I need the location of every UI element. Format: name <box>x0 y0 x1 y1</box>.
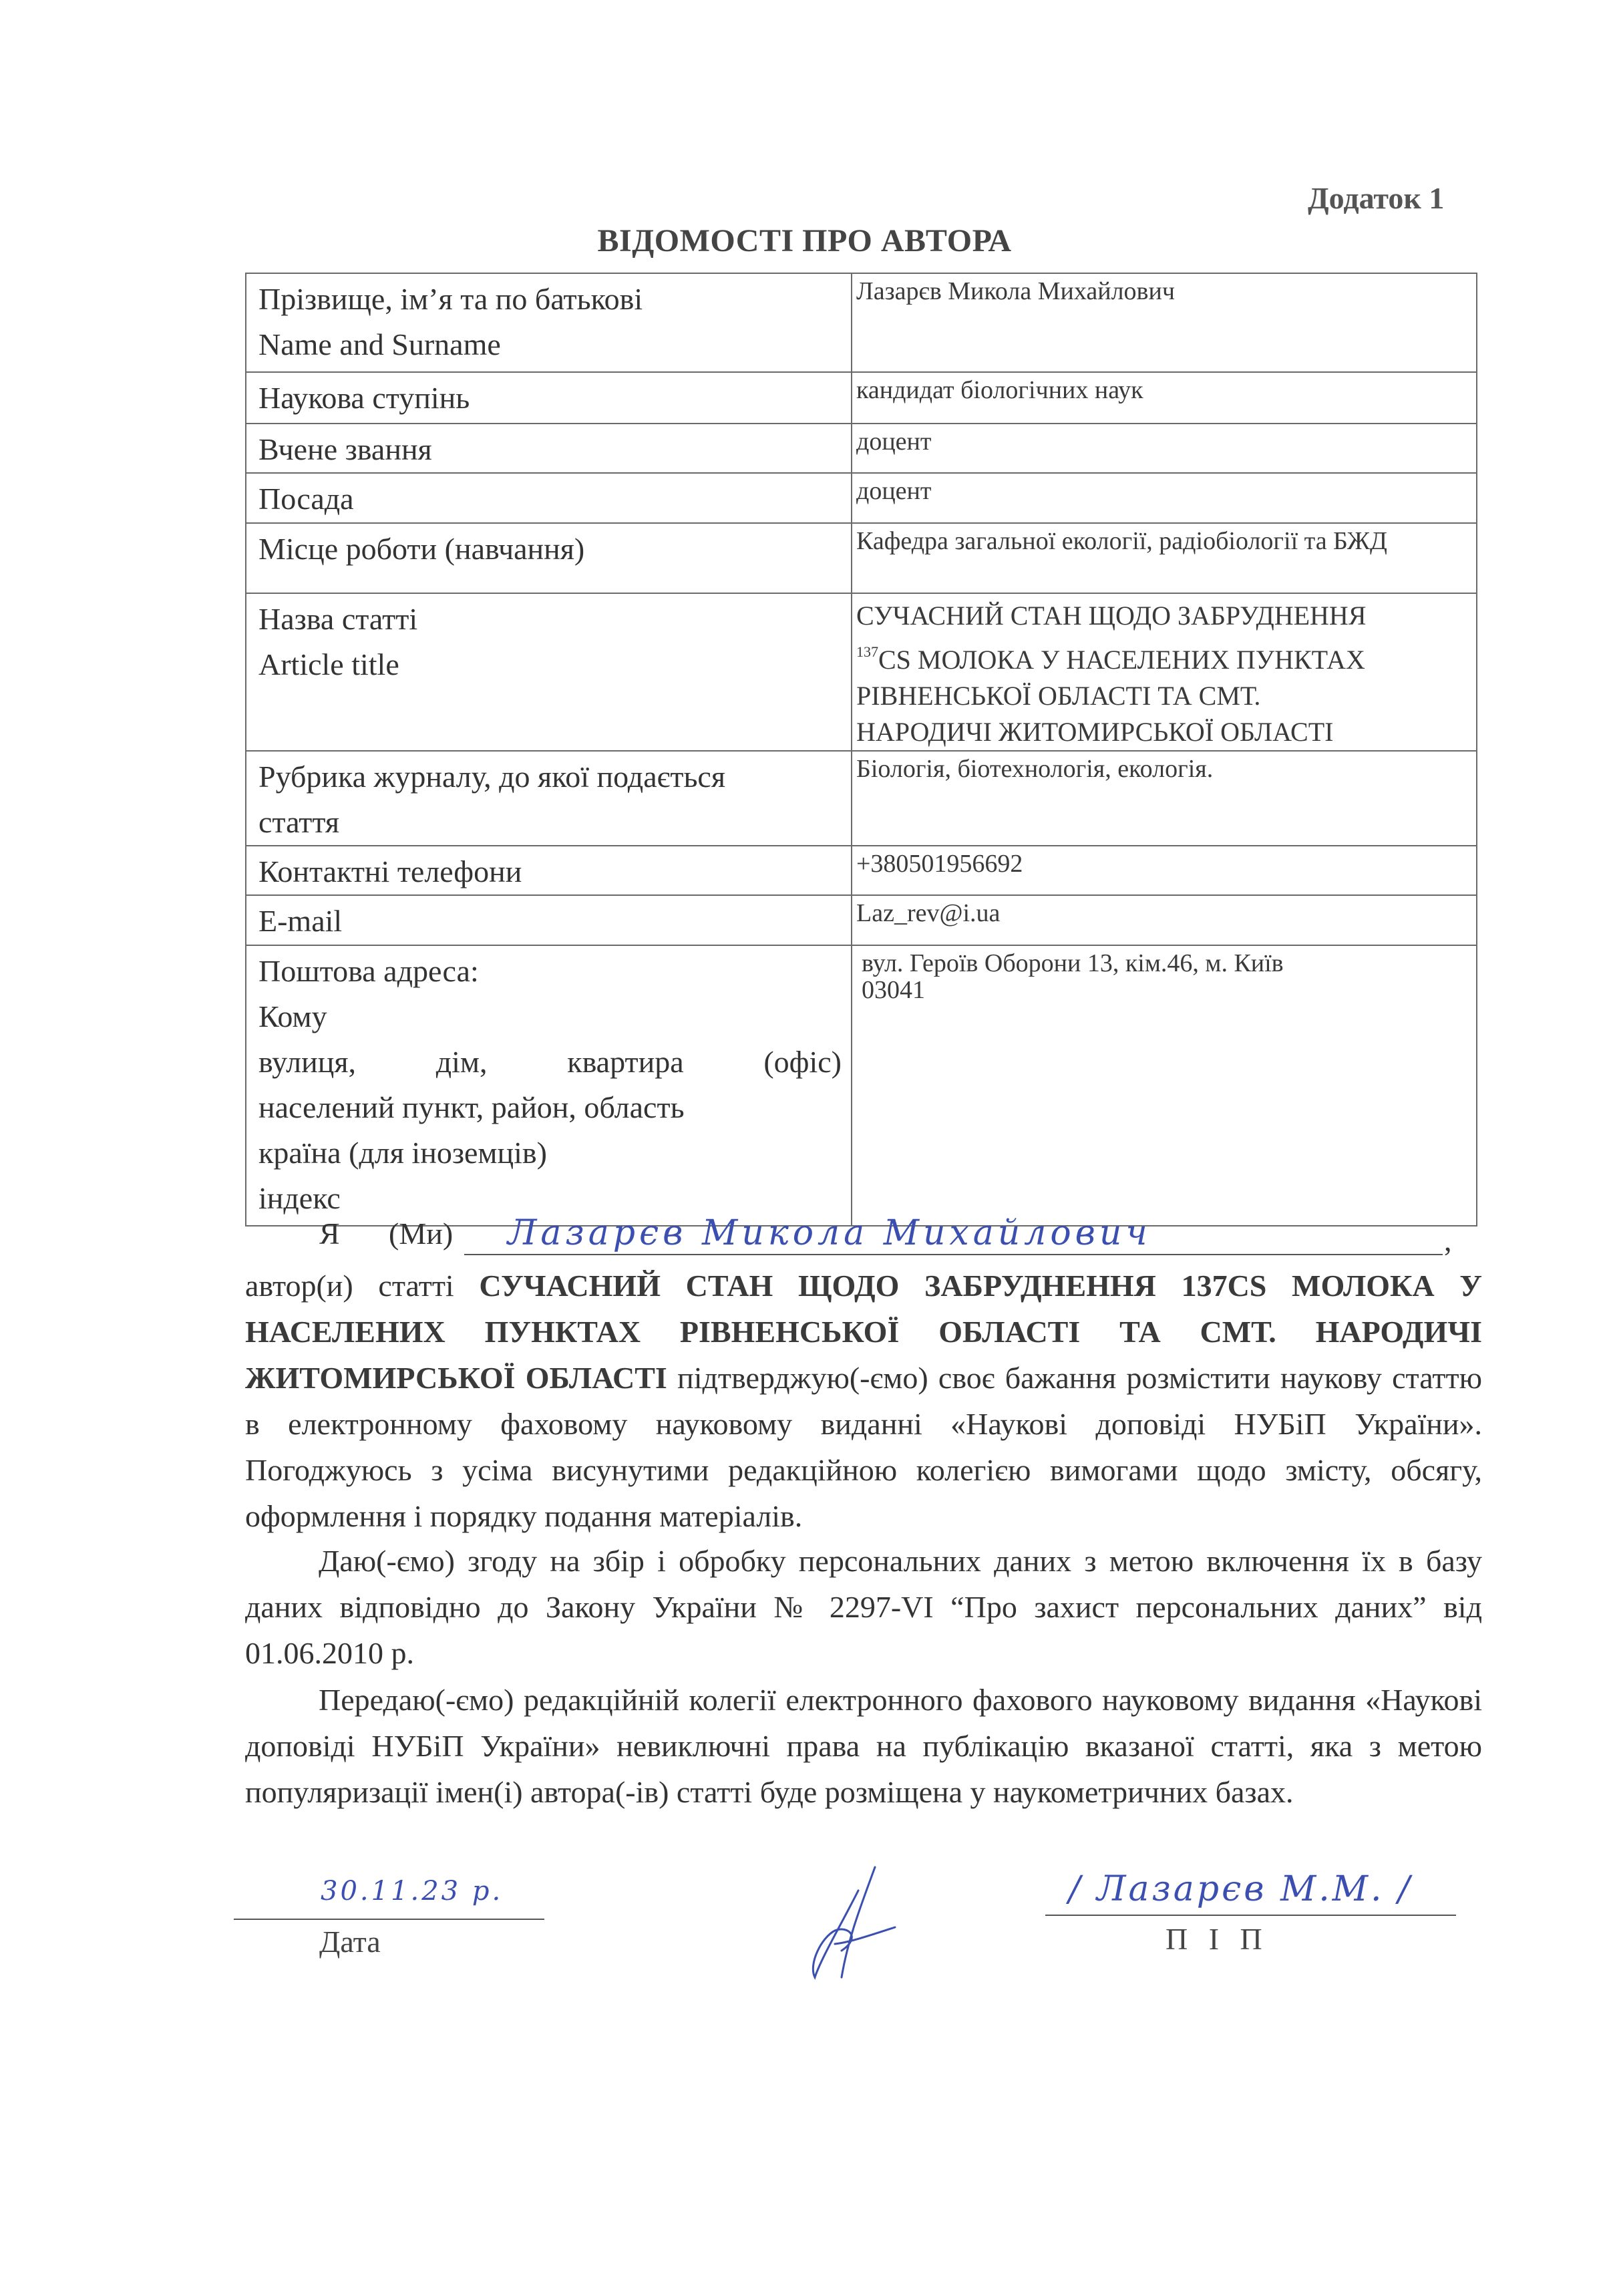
value-line: вул. Героїв Оборони 13, кім.46, м. Київ <box>862 950 1476 977</box>
value-line: НАРОДИЧІ ЖИТОМИРСЬКОЇ ОБЛАСТІ <box>856 714 1476 750</box>
name-underline <box>464 1254 1443 1255</box>
value-article-title: СУЧАСНИЙ СТАН ЩОДО ЗАБРУДНЕННЯ 137CS МОЛ… <box>852 593 1477 751</box>
word: квартира <box>567 1039 683 1085</box>
trailing-comma: , <box>1444 1222 1452 1258</box>
label-journal-section: Рубрика журналу, до якої подається статт… <box>246 751 852 846</box>
table-row-academic-title: Вчене звання доцент <box>246 424 1477 473</box>
label-position: Посада <box>246 473 852 523</box>
value-line-text: CS МОЛОКА У НАСЕЛЕНИХ ПУНКТАХ <box>878 645 1365 675</box>
value-phone: +380501956692 <box>852 846 1477 895</box>
label-line: Рубрика журналу, до якої подається <box>258 754 851 800</box>
label-phone: Контактні телефони <box>246 846 852 895</box>
label-line: населений пункт, район, область <box>258 1085 851 1130</box>
table-row-article-title: Назва статті Article title СУЧАСНИЙ СТАН… <box>246 593 1477 751</box>
table-row-postal-address: Поштова адреса: Кому вулиця, дім, кварти… <box>246 945 1477 1226</box>
label-degree: Наукова ступінь <box>246 372 852 424</box>
signature-icon <box>795 1864 915 1991</box>
table-row-workplace: Місце роботи (навчання) Кафедра загально… <box>246 523 1477 593</box>
value-academic-title: доцент <box>852 424 1477 473</box>
label-line: Article title <box>258 642 851 687</box>
full-name-label: П І П <box>1166 1921 1269 1957</box>
label-academic-title: Вчене звання <box>246 424 852 473</box>
value-position: доцент <box>852 473 1477 523</box>
handwritten-date: 30.11.23 р. <box>321 1876 503 1907</box>
authors-prefix: автор(и) статті <box>245 1269 454 1303</box>
name-underline-signature <box>1045 1915 1456 1916</box>
value-line: СУЧАСНИЙ СТАН ЩОДО ЗАБРУДНЕННЯ <box>856 598 1476 634</box>
label-line-justified: вулиця, дім, квартира (офіс) <box>258 1039 851 1085</box>
date-underline <box>234 1919 544 1920</box>
value-degree: кандидат біологічних наук <box>852 372 1477 424</box>
label-full-name: Прізвище, ім’я та по батькові Name and S… <box>246 273 852 372</box>
value-full-name: Лазарєв Микола Михайлович <box>852 273 1477 372</box>
word: (офіс) <box>763 1039 842 1085</box>
value-email: Laz_rev@i.ua <box>852 895 1477 945</box>
appendix-label: Додаток 1 <box>1308 180 1444 216</box>
value-line: 137CS МОЛОКА У НАСЕЛЕНИХ ПУНКТАХ <box>856 634 1476 678</box>
label-postal-address: Поштова адреса: Кому вулиця, дім, кварти… <box>246 945 852 1226</box>
date-label: Дата <box>319 1924 381 1959</box>
handwritten-name-initials: / Лазарєв М.М. / <box>1069 1869 1413 1909</box>
label-line: Назва статті <box>258 597 851 642</box>
value-line: 03041 <box>862 977 1476 1003</box>
author-info-table: Прізвище, ім’я та по батькові Name and S… <box>245 273 1477 1226</box>
page-title: ВІДОМОСТІ ПРО АВТОРА <box>0 222 1609 259</box>
label-email: E-mail <box>246 895 852 945</box>
value-postal-address: вул. Героїв Оборони 13, кім.46, м. Київ … <box>852 945 1477 1226</box>
declaration-paragraph-1: автор(и) статті СУЧАСНИЙ СТАН ЩОДО ЗАБРУ… <box>245 1263 1482 1539</box>
label-line: Кому <box>258 994 851 1039</box>
label-line: стаття <box>258 800 851 845</box>
table-row-degree: Наукова ступінь кандидат біологічних нау… <box>246 372 1477 424</box>
label-line: Поштова адреса: <box>258 949 851 994</box>
table-row-position: Посада доцент <box>246 473 1477 523</box>
table-row-journal-section: Рубрика журналу, до якої подається статт… <box>246 751 1477 846</box>
label-line: Прізвище, ім’я та по батькові <box>258 277 851 322</box>
table-row-email: E-mail Laz_rev@i.ua <box>246 895 1477 945</box>
label-workplace: Місце роботи (навчання) <box>246 523 852 593</box>
label-article-title: Назва статті Article title <box>246 593 852 751</box>
consent-paragraph: Даю(-ємо) згоду на збір і обробку персон… <box>245 1538 1482 1676</box>
table-row-full-name: Прізвище, ім’я та по батькові Name and S… <box>246 273 1477 372</box>
label-line: країна (для іноземців) <box>258 1130 851 1176</box>
rights-paragraph: Передаю(-ємо) редакційній колегії електр… <box>245 1677 1482 1815</box>
declaration-we: (Ми) <box>389 1216 453 1251</box>
word: вулиця, <box>258 1039 356 1085</box>
isotope-superscript: 137 <box>856 643 878 660</box>
handwritten-author-name: Лазарєв Микола Михайлович <box>508 1213 1151 1253</box>
declaration-i: Я <box>319 1216 340 1251</box>
word: дім, <box>436 1039 488 1085</box>
value-workplace: Кафедра загальної екології, радіобіологі… <box>852 523 1477 593</box>
value-journal-section: Біологія, біотехнологія, екологія. <box>852 751 1477 846</box>
table-row-phone: Контактні телефони +380501956692 <box>246 846 1477 895</box>
label-line: Name and Surname <box>258 322 851 367</box>
value-line: РІВНЕНСЬКОЇ ОБЛАСТІ ТА СМТ. <box>856 678 1476 714</box>
